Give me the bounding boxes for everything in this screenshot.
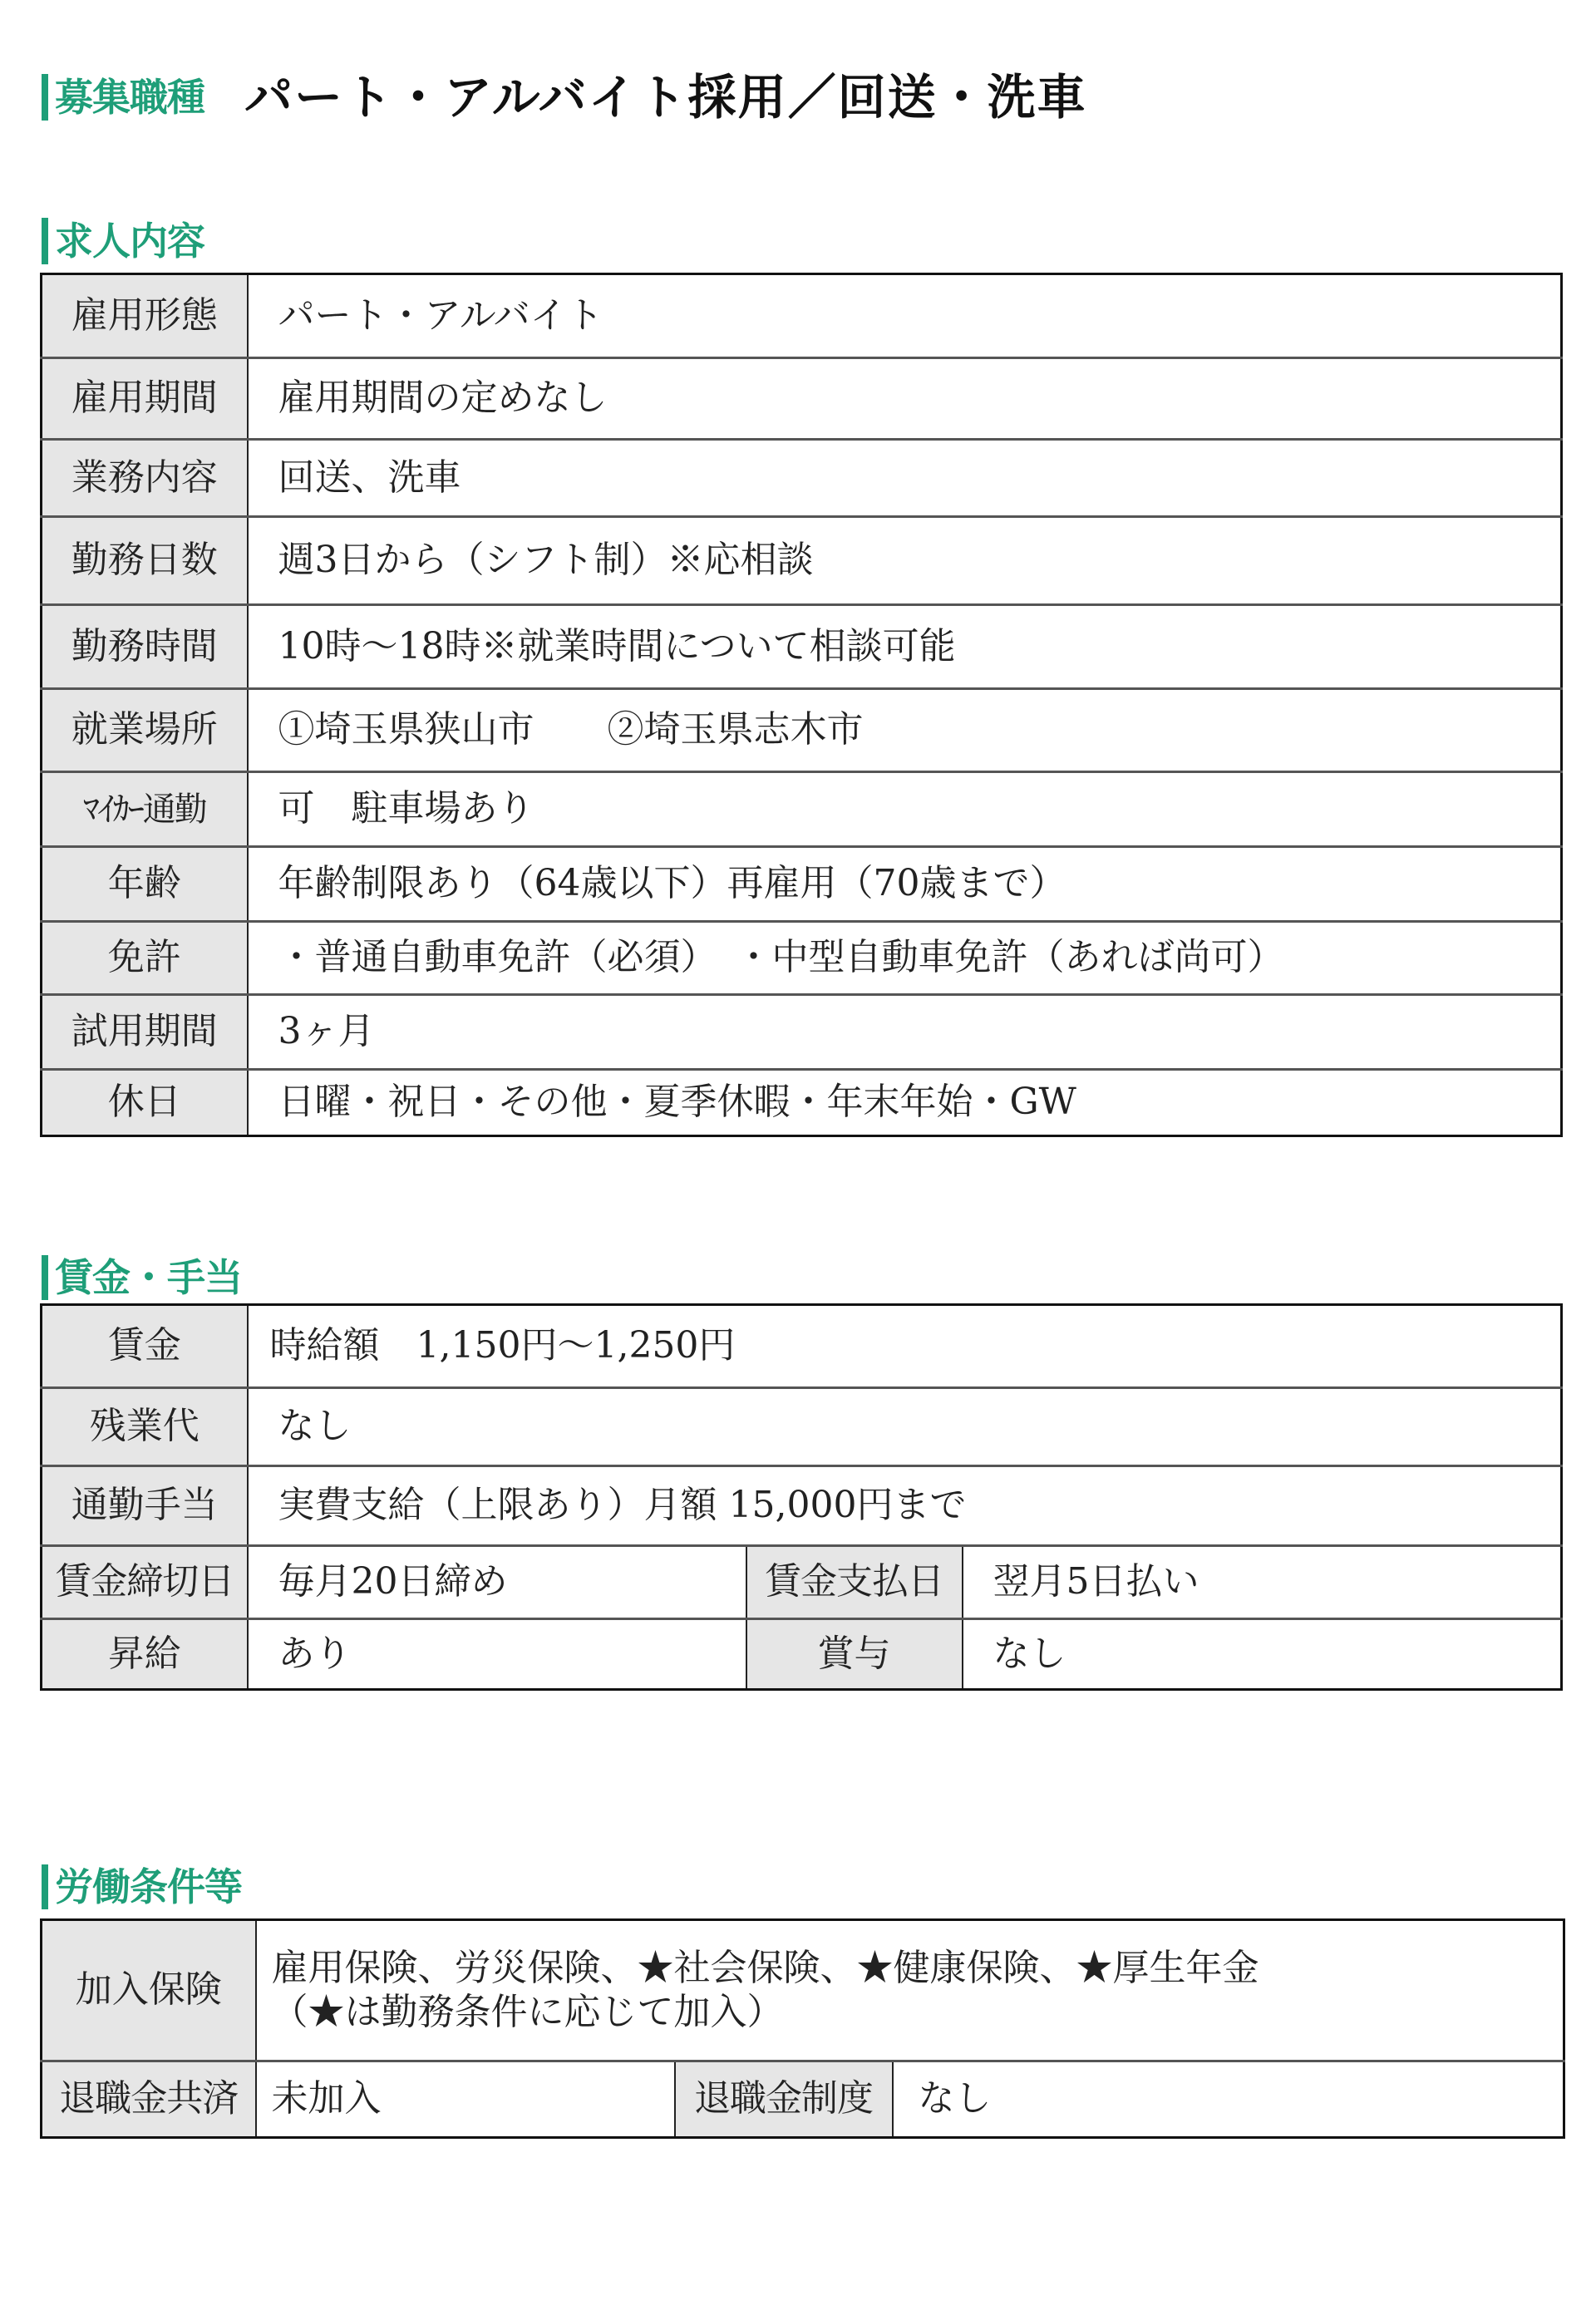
row-value: 10時～18時※就業時間について相談可能 xyxy=(248,605,1562,689)
row-value: なし xyxy=(248,1388,1562,1466)
table-row: 雇用形態 パート・アルバイト xyxy=(42,274,1562,358)
row-value: あり xyxy=(248,1619,746,1690)
row-label: 通勤手当 xyxy=(42,1466,248,1546)
row-value: 3ヶ月 xyxy=(248,995,1562,1070)
insurance-line-2: （★は勤務条件に応じて加入） xyxy=(272,1991,1534,2035)
table-row: 休日 日曜・祝日・その他・夏季休暇・年末年始・GW xyxy=(42,1070,1562,1136)
accent-bar xyxy=(42,1255,48,1300)
row-label: 昇給 xyxy=(42,1619,248,1690)
table-row: 賃金締切日 毎月20日締め 賃金支払日 翌月5日払い xyxy=(42,1546,1562,1619)
row-value: 週3日から（シフト制）※応相談 xyxy=(248,517,1562,605)
row-value: パート・アルバイト xyxy=(248,274,1562,358)
row-value: 未加入 xyxy=(256,2061,675,2138)
table-row: 雇用期間 雇用期間の定めなし xyxy=(42,358,1562,440)
table-row: 昇給 あり 賞与 なし xyxy=(42,1619,1562,1690)
row-label: 勤務日数 xyxy=(42,517,248,605)
row-value: ①埼玉県狭山市 ②埼玉県志木市 xyxy=(248,689,1562,772)
conditions-table: 加入保険 雇用保険、労災保険、★社会保険、★健康保険、★厚生年金 （★は勤務条件… xyxy=(40,1918,1565,2139)
section-title: 労働条件等 xyxy=(55,1868,242,1906)
row-label: 雇用形態 xyxy=(42,274,248,358)
section-title: 求人内容 xyxy=(55,222,204,260)
row-label: 加入保険 xyxy=(42,1920,256,2061)
table-row: 賃金 時給額 1,150円～1,250円 xyxy=(42,1305,1562,1388)
table-row: 就業場所 ①埼玉県狭山市 ②埼玉県志木市 xyxy=(42,689,1562,772)
job-title: パート・アルバイト採用／回送・洗車 xyxy=(244,73,1087,121)
table-row: 試用期間 3ヶ月 xyxy=(42,995,1562,1070)
row-label: 雇用期間 xyxy=(42,358,248,440)
row-value: 雇用期間の定めなし xyxy=(248,358,1562,440)
accent-bar xyxy=(42,218,48,264)
row-label: 試用期間 xyxy=(42,995,248,1070)
table-row: 勤務時間 10時～18時※就業時間について相談可能 xyxy=(42,605,1562,689)
row-label: 業務内容 xyxy=(42,440,248,517)
table-row: 免許 ・普通自動車免許（必須） ・中型自動車免許（あれば尚可） xyxy=(42,922,1562,995)
insurance-line-1: 雇用保険、労災保険、★社会保険、★健康保険、★厚生年金 xyxy=(272,1947,1534,1991)
job-type-header: 募集職種 パート・アルバイト採用／回送・洗車 xyxy=(42,73,1087,121)
row-value: 毎月20日締め xyxy=(248,1546,746,1619)
table-row: 残業代 なし xyxy=(42,1388,1562,1466)
row-label: 退職金制度 xyxy=(675,2061,893,2138)
row-label: 休日 xyxy=(42,1070,248,1136)
table-row: 年齢 年齢制限あり（64歳以下）再雇用（70歳まで） xyxy=(42,847,1562,922)
row-value: 時給額 1,150円～1,250円 xyxy=(248,1305,1562,1388)
row-value: 翌月5日払い xyxy=(963,1546,1562,1619)
job-details-heading: 求人内容 xyxy=(42,218,204,264)
row-value: 実費支給（上限あり）月額 15,000円まで xyxy=(248,1466,1562,1546)
row-label: 賃金締切日 xyxy=(42,1546,248,1619)
row-label: 賞与 xyxy=(746,1619,963,1690)
insurance-value: 雇用保険、労災保険、★社会保険、★健康保険、★厚生年金 （★は勤務条件に応じて加… xyxy=(256,1920,1564,2061)
row-value: 回送、洗車 xyxy=(248,440,1562,517)
accent-bar xyxy=(42,1864,48,1909)
table-row: 退職金共済 未加入 退職金制度 なし xyxy=(42,2061,1564,2138)
row-label: 勤務時間 xyxy=(42,605,248,689)
job-details-table: 雇用形態 パート・アルバイト 雇用期間 雇用期間の定めなし 業務内容 回送、洗車… xyxy=(40,273,1563,1137)
table-row: 勤務日数 週3日から（シフト制）※応相談 xyxy=(42,517,1562,605)
accent-bar xyxy=(42,74,48,121)
row-value: ・普通自動車免許（必須） ・中型自動車免許（あれば尚可） xyxy=(248,922,1562,995)
table-row: 加入保険 雇用保険、労災保険、★社会保険、★健康保険、★厚生年金 （★は勤務条件… xyxy=(42,1920,1564,2061)
wages-heading: 賃金・手当 xyxy=(42,1255,242,1300)
row-label: 退職金共済 xyxy=(42,2061,256,2138)
row-label: 免許 xyxy=(42,922,248,995)
row-value: なし xyxy=(963,1619,1562,1690)
row-label: 年齢 xyxy=(42,847,248,922)
row-label: ﾏｲｶｰ通勤 xyxy=(42,772,248,847)
wages-table: 賃金 時給額 1,150円～1,250円 残業代 なし 通勤手当 実費支給（上限… xyxy=(40,1303,1563,1691)
table-row: 業務内容 回送、洗車 xyxy=(42,440,1562,517)
row-label: 就業場所 xyxy=(42,689,248,772)
row-label: 残業代 xyxy=(42,1388,248,1466)
row-value: なし xyxy=(893,2061,1564,2138)
conditions-heading: 労働条件等 xyxy=(42,1864,242,1909)
row-label: 賃金支払日 xyxy=(746,1546,963,1619)
row-value: 年齢制限あり（64歳以下）再雇用（70歳まで） xyxy=(248,847,1562,922)
row-value: 可 駐車場あり xyxy=(248,772,1562,847)
table-row: 通勤手当 実費支給（上限あり）月額 15,000円まで xyxy=(42,1466,1562,1546)
section-title: 賃金・手当 xyxy=(55,1258,242,1297)
table-row: ﾏｲｶｰ通勤 可 駐車場あり xyxy=(42,772,1562,847)
row-label: 賃金 xyxy=(42,1305,248,1388)
job-type-label: 募集職種 xyxy=(55,78,204,116)
row-value: 日曜・祝日・その他・夏季休暇・年末年始・GW xyxy=(248,1070,1562,1136)
